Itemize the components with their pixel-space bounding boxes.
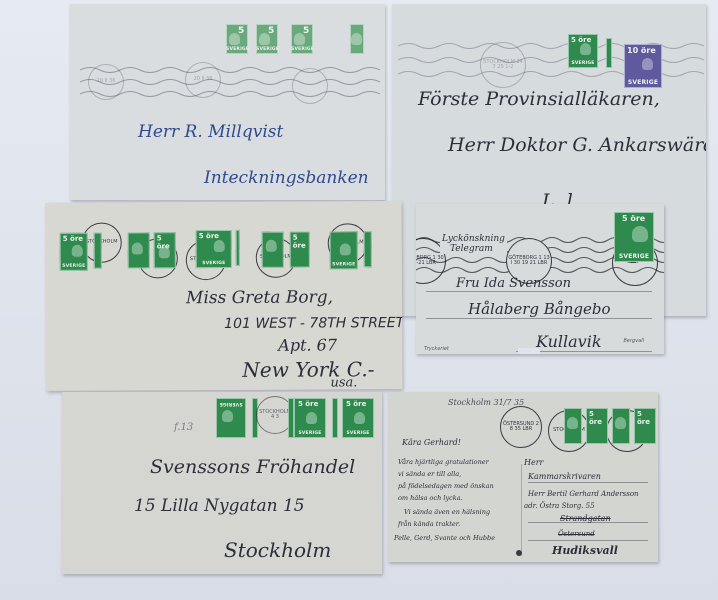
telegram-notch [518,348,540,354]
stamp-5-ore-lion: 5 öreSVERIGE [342,398,374,438]
stamp-5-ore-lion-inverted: SVERIGE [216,398,246,438]
address-line: Apt. 67 [278,335,337,354]
form-imprint: Bergvall [623,338,644,344]
stamp-partial [94,233,102,269]
cover-envelope-millqvist: 20 II 36 20 II 38 5SVERIGE 5SVERIGE 5SVE… [70,4,385,200]
address-line: 15 Lilla Nygatan 15 [134,496,305,516]
address-line: Kullavik [536,332,602,351]
address-line-struck: Östersund [558,530,595,538]
stamp-5-ore-lion [262,232,284,268]
address-line: Svenssons Fröhandel [150,456,355,478]
stamp-partial [236,230,240,266]
stamp-5-ore-lion [612,408,630,444]
postmark: 20 II 38 [185,62,221,98]
address-line: 101 WEST - 78TH STREET. [224,315,402,332]
cover-envelope-frohandel: SVERIGE STOCKHOLM 4 3 5 öreSVERIGE 5 öre… [62,392,382,574]
stamp-5-ore-lion: 5 öre [586,408,608,444]
cover-envelope-greta-borg: STOCKHOLM STOCKHOLM STOCKHOLM STOCKHOLM … [46,201,403,391]
machine-cancel-waves [80,62,380,102]
stamp-5-ore-lion: 5 öre [634,408,656,444]
address-line-forward: Hudiksvall [552,544,618,557]
stamp-5-ore-lion: 5 öreSVERIGE [294,398,326,438]
address-line: Herr [524,458,543,467]
postmark [292,68,328,104]
stamp-5-ore-lion: 5 öreSVERIGE [196,230,232,268]
stamp-5-ore-lion: SVERIGE [330,231,358,269]
stamp-5-ore-lion: 5 öreSVERIGE [614,212,654,262]
telegram-header: LyckönskningTelegram [440,234,507,254]
address-line: usa. [330,375,357,390]
stamp-5-ore-king: 5SVERIGE [226,24,248,54]
printer-imprint: Tryckeriet [424,346,449,352]
address-line: Herr Bertil Gerhard Andersson [528,490,639,498]
stamp-5-ore-king-partial [350,24,364,54]
postmark: 20 II 36 [88,64,124,100]
stamp-partial [364,231,372,267]
address-line: Fru Ida Svensson [456,276,571,291]
address-line: Stockholm [224,538,331,562]
address-line: Förste Provinsialläkaren, [418,88,660,110]
dateline: Stockholm 31/7 35 [448,398,524,407]
address-line: Miss Greta Borg, [186,287,333,308]
address-line-struck: Strandgatan [560,514,611,523]
address-line: Herr R. Millqvist [138,122,283,142]
stamp-5-ore-lion [564,408,582,444]
pencil-note: f.13 [174,422,193,433]
stamp-5-ore-king: 5SVERIGE [291,24,313,54]
cover-telegram-kullavik: GÖTEBORG 1 30 19-21 LBR GÖTEBORG 1 13 I … [416,204,664,354]
postmark-ostersund: ÖSTERSUND 2 8 35 LBR [500,406,542,448]
address-line: adr. Östra Storg. 55 [524,502,595,510]
postmark: STOCKHOLM 24 7 25 1-2 [480,42,526,88]
stamp-5-ore-lion: 5 öre [290,232,310,268]
publisher-logo-icon [516,550,522,556]
postcard-hudiksvall: Stockholm 31/7 35 ÖSTERSUND 2 8 35 LBR S… [388,392,658,562]
stamp-partial [332,398,338,438]
stamp-5-ore-lion: 5 öreSVERIGE [568,34,598,68]
stamp-10-ore-lion: 10 öreSVERIGE [624,44,662,88]
address-line: Inteckningsbanken [204,168,369,188]
stamp-5-ore-lion: 5 öre [154,232,176,268]
address-line: Hålaberg Bångebo [468,300,611,318]
address-line: Kammarskrivaren [528,472,601,481]
stamp-5-ore-lion: 5 öreSVERIGE [60,233,88,271]
stamp-partial [606,38,612,68]
address-line: Herr Doktor G. Ankarswärd [448,134,706,156]
stamp-5-ore-king: 5SVERIGE [256,24,278,54]
stamp-5-ore-lion [128,232,150,268]
